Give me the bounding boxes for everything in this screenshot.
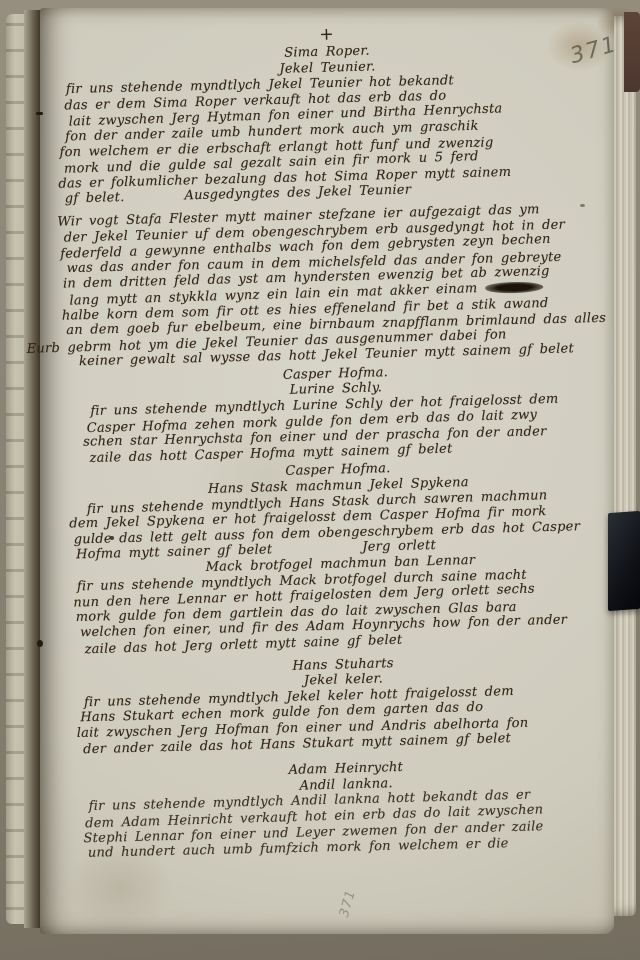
manuscript-page: 371 371 + Sima Roper. Jekel Teunier. fir… [40,8,614,934]
book-fore-edge-pages [614,16,636,916]
ink-speck [36,112,43,115]
ink-blot-redaction [485,281,543,294]
ink-speck [37,640,43,647]
manuscript-photo: 371 371 + Sima Roper. Jekel Teunier. fir… [0,0,640,960]
dark-bookmark [608,511,640,611]
handwritten-text-column: + Sima Roper. Jekel Teunier. fir uns ste… [52,18,622,862]
book-cover-edge [624,12,640,92]
folio-number-pencil-bottom: 371 [337,888,359,919]
manuscript-line: gf belet. [65,190,125,207]
